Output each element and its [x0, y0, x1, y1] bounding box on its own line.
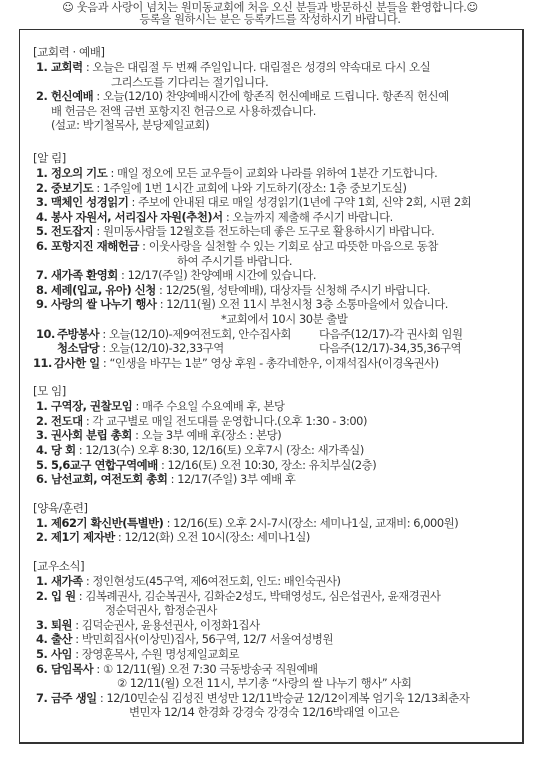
- item-text: ① 12/11(월) 오전 7:30 극동방송국 직원예배: [103, 662, 318, 676]
- list-item: 1.제62기 확신반(특별반) : 12/16(토) 오후 2시-7시(장소: …: [33, 516, 523, 531]
- separator: :: [93, 662, 103, 676]
- item-text-next-week: 다음주(12/17)-34,35,36구역: [319, 341, 461, 356]
- item-text: 12/16(토) 오전 10:30, 장소: 유치부실(2층): [168, 458, 377, 472]
- item-continuation: 그리스도를 기다리는 절기입니다.: [33, 75, 523, 90]
- separator: :: [76, 589, 86, 603]
- separator: :: [72, 632, 82, 646]
- item-label: 사임: [51, 647, 72, 661]
- list-item: 2.헌신예배 : 오늘(12/10) 찬양예배시간에 항존직 헌신예배로 드립니…: [33, 89, 523, 104]
- list-item: 4.출산 : 박민희집사(이상민)집사, 56구역, 12/7 서울여성병원: [33, 632, 523, 647]
- section-title: [모 임]: [33, 384, 523, 399]
- item-text: 이웃사랑을 실천할 수 있는 기회로 삼고 따뜻한 마음으로 동참: [149, 239, 438, 253]
- separator: :: [99, 341, 109, 355]
- item-label: 담임목사: [51, 662, 93, 676]
- item-number: 4.: [36, 632, 51, 647]
- list-item: 5.5,6교구 연합구역예배 : 12/16(토) 오전 10:30, 장소: …: [33, 458, 523, 473]
- list-item: 2.입 원 : 김복례권사, 김순복권사, 김화순2성도, 박태영성도, 심은섭…: [33, 589, 523, 604]
- separator: :: [83, 574, 93, 588]
- item-text: 매일 정오에 모든 교우들이 교회와 나라를 위하여 1분간 기도합니다.: [117, 166, 437, 180]
- section-gap: [33, 487, 523, 501]
- item-number: 1.: [36, 574, 51, 589]
- list-item: 1.교회력 : 오늘은 대림절 두 번째 주일입니다. 대림절은 성경의 약속대…: [33, 60, 523, 75]
- separator: :: [72, 618, 82, 632]
- list-item: 10.주방봉사 : 오늘(12/10)-제9여전도회, 안수집사회 다음주(12…: [33, 327, 523, 342]
- separator: :: [167, 472, 177, 486]
- item-label: 포항지진 재해헌금: [51, 239, 139, 253]
- item-label: 세례(입교, 유아) 신청: [51, 283, 156, 297]
- list-item: 7.새가족 환영회 : 12/17(주일) 찬양예배 시간에 있습니다.: [33, 268, 523, 283]
- item-text: 정인현성도(45구역, 제6여전도회, 인도: 배인숙권사): [92, 574, 340, 588]
- list-item: 청소담당 : 오늘(12/10)-32,33구역 다음주(12/17)-34,3…: [33, 341, 523, 356]
- bulletin-content: [교회력 · 예배] 1.교회력 : 오늘은 대림절 두 번째 주일입니다. 대…: [33, 45, 523, 720]
- list-item: 5.사임 : 장영훈목사, 수원 명성제일교회로: [33, 647, 523, 662]
- item-continuation: 변민자 12/14 한경화 강경숙 강경숙 12/16박래열 이고은: [33, 705, 523, 720]
- item-text-next-week: 다음주(12/17)-각 권사회 임원: [319, 327, 463, 342]
- item-text: 오늘은 대림절 두 번째 주일입니다. 대림절은 성경의 약속대로 다시 오실: [92, 60, 430, 74]
- item-text: 12/12(화) 오전 10시(장소: 세미나1실): [125, 530, 310, 544]
- separator: :: [93, 181, 103, 195]
- separator: :: [93, 224, 103, 238]
- item-label: 금주 생일: [51, 691, 97, 705]
- separator: :: [76, 443, 86, 457]
- list-item: 3.퇴원 : 김덕순권사, 윤용선권사, 이정화1집사: [33, 618, 523, 633]
- item-label: 새가족: [51, 574, 83, 588]
- item-number: 2.: [36, 530, 51, 545]
- item-text: 오늘 3부 예배 후(장소 : 본당): [142, 428, 282, 442]
- item-text: 12/16(토) 오후 2시-7시(장소: 세미나1실, 교재비: 6,000원…: [173, 516, 458, 530]
- separator: :: [156, 283, 166, 297]
- item-number: 5.: [36, 647, 51, 662]
- list-item: 2.제1기 제자반 : 12/12(화) 오전 10시(장소: 세미나1실): [33, 530, 523, 545]
- item-number: 4.: [36, 443, 51, 458]
- section-title: [양육/훈련]: [33, 501, 523, 516]
- item-label: 청소담당: [57, 341, 99, 355]
- section-gap: [33, 545, 523, 559]
- item-number: 7.: [36, 268, 51, 283]
- list-item: 2.중보기도 : 1주일에 1번 1시간 교회에 나와 기도하기(장소: 1층 …: [33, 181, 523, 196]
- item-text: 1주일에 1번 1시간 교회에 나와 기도하기(장소: 1층 중보기도실): [103, 181, 407, 195]
- item-text: 각 교구별로 매일 전도대를 운영합니다.(오후 1:30 - 3:00): [92, 414, 367, 428]
- item-text: 12/10민순심 김성진 변성만 12/11박승균 12/12이계복 엄기욱 1…: [106, 691, 469, 705]
- separator: :: [223, 210, 233, 224]
- item-label: 주방봉사: [57, 327, 99, 341]
- item-label: 중보기도: [51, 181, 93, 195]
- list-item: 7.금주 생일 : 12/10민순심 김성진 변성만 12/11박승균 12/1…: [33, 691, 523, 706]
- section-calendar-worship: [교회력 · 예배] 1.교회력 : 오늘은 대림절 두 번째 주일입니다. 대…: [33, 45, 523, 133]
- separator: :: [83, 414, 93, 428]
- item-continuation: *교회에서 10시 30분 출발: [33, 312, 523, 327]
- separator: :: [158, 458, 168, 472]
- item-number: 2.: [36, 89, 51, 104]
- item-label: 출산: [51, 632, 72, 646]
- item-number: 9.: [36, 297, 51, 312]
- item-number: 1.: [36, 60, 51, 75]
- separator: :: [107, 166, 117, 180]
- item-continuation: 배 헌금은 전액 금번 포항지진 헌금으로 사용하겠습니다.: [33, 104, 523, 119]
- item-text: 주보에 안내된 대로 매일 성경읽기(1년에 구약 1회, 신약 2회, 시편 …: [138, 195, 471, 209]
- separator: :: [100, 356, 110, 370]
- item-label: 제62기 확신반(특별반): [51, 516, 163, 530]
- section-title: [교우소식]: [33, 559, 523, 574]
- separator: :: [115, 530, 125, 544]
- item-text: 오늘(12/10) 찬양예배시간에 항존직 헌신예배로 드립니다. 항존직 헌신…: [103, 89, 449, 103]
- item-number: 5.: [36, 224, 51, 239]
- item-text: 12/17(주일) 3부 예배 후: [177, 472, 295, 486]
- item-label: 퇴원: [51, 618, 72, 632]
- item-label: 감사한 일: [54, 356, 100, 370]
- item-text: 오늘(12/10)-제9여전도회, 안수집사회: [109, 327, 291, 341]
- item-label: 헌신예배: [51, 89, 93, 103]
- item-label: 제1기 제자반: [51, 530, 115, 544]
- item-number: 5.: [36, 458, 51, 473]
- item-label: 당 회: [51, 443, 76, 457]
- item-number: 3.: [36, 428, 51, 443]
- list-item: 11.감사한 일 : “인생을 바꾸는 1분” 영상 후원 - 총각네한우, 이…: [33, 356, 523, 371]
- list-item: 8.세례(입교, 유아) 신청 : 12/25(월, 성탄예배), 대상자들 신…: [33, 283, 523, 298]
- item-continuation: ② 12/11(월) 오전 11시, 부기총 “사랑의 쌀 나누기 행사” 사회: [33, 676, 523, 691]
- section-title: [교회력 · 예배]: [33, 45, 523, 60]
- list-item: 4.당 회 : 12/13(수) 오후 8:30, 12/16(토) 오후7시 …: [33, 443, 523, 458]
- separator: :: [132, 428, 142, 442]
- section-member-news: [교우소식] 1.새가족 : 정인현성도(45구역, 제6여전도회, 인도: 배…: [33, 559, 523, 720]
- item-number: 6.: [36, 472, 51, 487]
- item-number: 1.: [36, 516, 51, 531]
- item-number: 8.: [36, 283, 51, 298]
- item-text: 12/13(수) 오후 8:30, 12/16(토) 오후7시 (장소: 새가족…: [85, 443, 363, 457]
- item-number: 4.: [36, 210, 51, 225]
- list-item: 9.사랑의 쌀 나누기 행사 : 12/11(월) 오전 11시 부천시청 3층…: [33, 297, 523, 312]
- item-number: 2.: [36, 589, 51, 604]
- item-number: 1.: [36, 399, 51, 414]
- section-gap: [33, 370, 523, 384]
- list-item: 4.봉사 자원서, 서리집사 자원(추천)서 : 오늘까지 제출해 주시기 바랍…: [33, 210, 523, 225]
- item-label: 새가족 환영회: [51, 268, 118, 282]
- section-training: [양육/훈련] 1.제62기 확신반(특별반) : 12/16(토) 오후 2시…: [33, 501, 523, 545]
- list-item: 3.맥체인 성경읽기 : 주보에 안내된 대로 매일 성경읽기(1년에 구약 1…: [33, 195, 523, 210]
- item-label: 전도잡지: [51, 224, 93, 238]
- item-text: 김덕순권사, 윤용선권사, 이정화1집사: [82, 618, 260, 632]
- list-item: 2.전도대 : 각 교구별로 매일 전도대를 운영합니다.(오후 1:30 - …: [33, 414, 523, 429]
- item-label: 정오의 기도: [51, 166, 107, 180]
- item-number: 2.: [36, 414, 51, 429]
- list-item: 1.정오의 기도 : 매일 정오에 모든 교우들이 교회와 나라를 위하여 1분…: [33, 166, 523, 181]
- item-text: 12/17(주일) 찬양예배 시간에 있습니다.: [128, 268, 316, 282]
- item-text: 오늘(12/10)-32,33구역: [109, 341, 224, 355]
- list-item: 1.구역장, 권찰모임 : 매주 수요일 수요예배 후, 본당: [33, 399, 523, 414]
- item-number: 3.: [36, 195, 51, 210]
- item-number: 3.: [36, 618, 51, 633]
- separator: :: [157, 297, 167, 311]
- item-text: 매주 수요일 수요예배 후, 본당: [142, 399, 285, 413]
- item-text: “인생을 바꾸는 1분” 영상 후원 - 총각네한우, 이재석집사(이경옥권사): [109, 356, 438, 370]
- item-label: 교회력: [51, 60, 83, 74]
- item-label: 남선교회, 여전도회 총회: [51, 472, 167, 486]
- item-number: 10.: [36, 327, 57, 342]
- separator: :: [99, 327, 109, 341]
- item-label: 전도대: [51, 414, 83, 428]
- separator: :: [72, 647, 82, 661]
- item-number: 1.: [36, 166, 51, 181]
- item-label: 맥체인 성경읽기: [51, 195, 128, 209]
- separator: :: [83, 60, 93, 74]
- item-number: 11.: [33, 356, 54, 371]
- separator: :: [128, 195, 138, 209]
- list-item: 5.전도잡지 : 원미동사람들 12월호를 전도하는데 좋은 도구로 활용하시기…: [33, 224, 523, 239]
- separator: :: [132, 399, 142, 413]
- list-item: 1.새가족 : 정인현성도(45구역, 제6여전도회, 인도: 배인숙권사): [33, 574, 523, 589]
- item-label: 권사회 분립 총회: [51, 428, 132, 442]
- item-text: 12/11(월) 오전 11시 부천시청 3층 소통마을에서 있습니다.: [166, 297, 448, 311]
- item-number: 2.: [36, 181, 51, 196]
- item-text: 원미동사람들 12월호를 전도하는데 좋은 도구로 활용하시기 바랍니다.: [103, 224, 434, 238]
- section-gap: [33, 133, 523, 151]
- item-continuation: 하여 주시기를 바랍니다.: [33, 254, 523, 269]
- item-label: 봉사 자원서, 서리집사 자원(추천)서: [51, 210, 223, 224]
- item-label: 구역장, 권찰모임: [51, 399, 132, 413]
- item-text: 오늘까지 제출해 주시기 바랍니다.: [232, 210, 392, 224]
- item-label: 5,6교구 연합구역예배: [51, 458, 158, 472]
- item-text: 장영훈목사, 수원 명성제일교회로: [82, 647, 239, 661]
- separator: :: [163, 516, 173, 530]
- list-item: 6.담임목사 : ① 12/11(월) 오전 7:30 극동방송국 직원예배: [33, 662, 523, 677]
- item-text: 김복례권사, 김순복권사, 김화순2성도, 박태영성도, 심은섭권사, 윤재경권…: [85, 589, 440, 603]
- list-item: 6.포항지진 재해헌금 : 이웃사랑을 실천할 수 있는 기회로 삼고 따뜻한 …: [33, 239, 523, 254]
- registration-line: 등록을 원하시는 분은 등록카드를 작성하시기 바랍니다.: [0, 14, 540, 26]
- item-number: 7.: [36, 691, 51, 706]
- list-item: 6.남선교회, 여전도회 총회 : 12/17(주일) 3부 예배 후: [33, 472, 523, 487]
- item-label: 사랑의 쌀 나누기 행사: [51, 297, 157, 311]
- section-notices: [알 림] 1.정오의 기도 : 매일 정오에 모든 교우들이 교회와 나라를 …: [33, 151, 523, 370]
- item-text: 박민희집사(이상민)집사, 56구역, 12/7 서울여성병원: [82, 632, 333, 646]
- section-title: [알 림]: [33, 151, 523, 166]
- separator: :: [97, 691, 107, 705]
- item-text: 12/25(월, 성탄예배), 대상자들 신청해 주시기 바랍니다.: [166, 283, 430, 297]
- welcome-banner: ☺ 웃음과 사랑이 넘치는 원미동교회에 처음 오신 분들과 방문하신 분들을 …: [0, 2, 540, 26]
- separator: :: [93, 89, 103, 103]
- item-number: 6.: [36, 662, 51, 677]
- item-number: 6.: [36, 239, 51, 254]
- item-continuation: 정순덕권사, 함정순권사: [33, 603, 523, 618]
- separator: :: [139, 239, 149, 253]
- item-continuation: (설교: 박기철목사, 분당제일교회): [33, 118, 523, 133]
- section-meetings: [모 임] 1.구역장, 권찰모임 : 매주 수요일 수요예배 후, 본당 2.…: [33, 384, 523, 487]
- list-item: 3.권사회 분립 총회 : 오늘 3부 예배 후(장소 : 본당): [33, 428, 523, 443]
- item-label: 입 원: [51, 589, 76, 603]
- separator: :: [118, 268, 128, 282]
